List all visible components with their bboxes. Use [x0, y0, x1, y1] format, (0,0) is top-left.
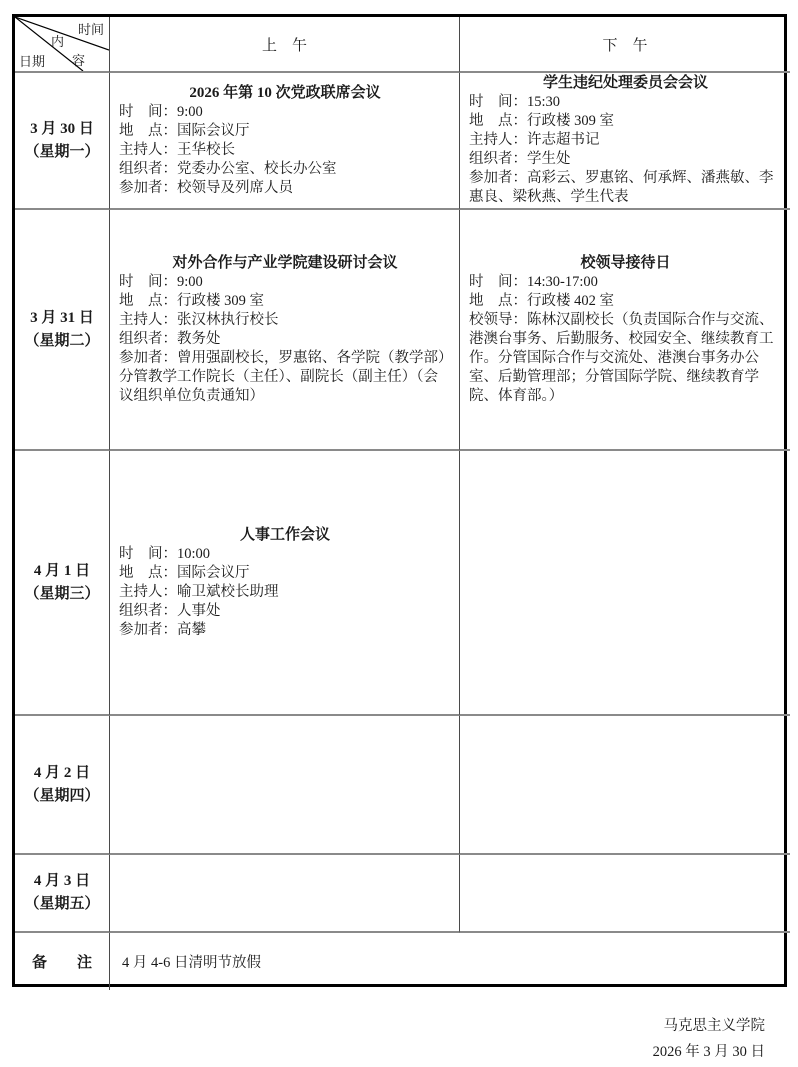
date-cell-mar30: 3 月 30 日 （星期一）	[15, 73, 110, 210]
meeting-line: 时 间：9:00	[119, 103, 451, 122]
corner-header-cell: 时间 内 容 日期	[15, 17, 110, 73]
date-cell-apr3: 4 月 3 日 （星期五）	[15, 855, 110, 933]
date-text: 3 月 30 日	[30, 118, 94, 141]
meeting-line: 参加者：高攀	[119, 621, 451, 640]
meeting-line: 地 点：国际会议厅	[119, 122, 451, 141]
meeting-line: 组织者：学生处	[469, 150, 782, 169]
meeting-line: 主持人：王华校长	[119, 141, 451, 160]
meeting-line: 地 点：行政楼 309 室	[119, 292, 451, 311]
date-cell-mar31: 3 月 31 日 （星期二）	[15, 210, 110, 451]
meeting-line: 参加者：高彩云、罗惠铭、何承辉、潘燕敏、李惠良、梁秋燕、学生代表	[469, 169, 782, 207]
meeting-schedule-page: 时间 内 容 日期 上 午 下 午 3 月 30 日 （星期一） 2026 年第…	[0, 0, 798, 1067]
weekday-text: （星期三）	[24, 583, 99, 606]
document-footer: 马克思主义学院 2026 年 3 月 30 日	[653, 1013, 765, 1065]
meeting-line: 地 点：行政楼 402 室	[469, 292, 782, 311]
meeting-cell-mar31-pm: 校领导接待日 时 间：14:30-17:00 地 点：行政楼 402 室 校领导…	[460, 210, 790, 451]
meeting-cell-apr2-pm	[460, 716, 790, 855]
meeting-cell-mar30-am: 2026 年第 10 次党政联席会议 时 间：9:00 地 点：国际会议厅 主持…	[110, 73, 460, 210]
date-text: 4 月 1 日	[34, 560, 90, 583]
meeting-cell-apr1-pm	[460, 451, 790, 716]
meeting-title: 2026 年第 10 次党政联席会议	[119, 84, 451, 103]
meeting-line: 地 点：行政楼 309 室	[469, 112, 782, 131]
meeting-line: 组织者：教务处	[119, 330, 451, 349]
footer-organization: 马克思主义学院	[653, 1013, 765, 1039]
weekday-text: （星期一）	[24, 141, 99, 164]
weekday-text: （星期四）	[24, 785, 99, 808]
meeting-line: 参加者：校领导及列席人员	[119, 179, 451, 198]
meeting-line: 主持人：喻卫斌校长助理	[119, 583, 451, 602]
meeting-line: 地 点：国际会议厅	[119, 564, 451, 583]
date-text: 4 月 3 日	[34, 870, 90, 893]
meeting-line: 主持人：许志超书记	[469, 131, 782, 150]
column-header-morning: 上 午	[110, 17, 460, 73]
footer-date: 2026 年 3 月 30 日	[653, 1039, 765, 1065]
corner-content-label-top: 内	[51, 31, 64, 50]
date-text: 4 月 2 日	[34, 762, 90, 785]
weekday-text: （星期二）	[24, 330, 99, 353]
meeting-line: 校领导：陈林汉副校长（负责国际合作与交流、港澳台事务、后勤服务、校园安全、继续教…	[469, 311, 782, 406]
meeting-cell-apr2-am	[110, 716, 460, 855]
meeting-line: 时 间：14:30-17:00	[469, 273, 782, 292]
meeting-cell-mar30-pm: 学生违纪处理委员会会议 时 间：15:30 地 点：行政楼 309 室 主持人：…	[460, 73, 790, 210]
corner-content-label-bottom: 容	[72, 50, 85, 69]
meeting-cell-apr3-am	[110, 855, 460, 933]
corner-time-label: 时间	[78, 19, 104, 38]
meeting-line: 时 间：15:30	[469, 93, 782, 112]
date-text: 3 月 31 日	[30, 307, 94, 330]
weekly-schedule-table: 时间 内 容 日期 上 午 下 午 3 月 30 日 （星期一） 2026 年第…	[12, 14, 787, 987]
meeting-line: 时 间：10:00	[119, 545, 451, 564]
weekday-text: （星期五）	[24, 893, 99, 916]
meeting-title: 校领导接待日	[469, 254, 782, 273]
remark-label: 备 注	[15, 933, 110, 990]
date-cell-apr2: 4 月 2 日 （星期四）	[15, 716, 110, 855]
meeting-cell-apr1-am: 人事工作会议 时 间：10:00 地 点：国际会议厅 主持人：喻卫斌校长助理 组…	[110, 451, 460, 716]
meeting-title: 人事工作会议	[119, 526, 451, 545]
meeting-title: 学生违纪处理委员会会议	[469, 74, 782, 93]
corner-date-label: 日期	[19, 51, 45, 70]
meeting-line: 时 间：9:00	[119, 273, 451, 292]
meeting-line: 参加者：曾用强副校长，罗惠铭、各学院（教学部）分管教学工作院长（主任）、副院长（…	[119, 349, 451, 406]
meeting-line: 组织者：党委办公室、校长办公室	[119, 160, 451, 179]
meeting-cell-mar31-am: 对外合作与产业学院建设研讨会议 时 间：9:00 地 点：行政楼 309 室 主…	[110, 210, 460, 451]
remark-content: 4 月 4-6 日清明节放假	[110, 933, 790, 990]
date-cell-apr1: 4 月 1 日 （星期三）	[15, 451, 110, 716]
column-header-afternoon: 下 午	[460, 17, 790, 73]
meeting-title: 对外合作与产业学院建设研讨会议	[119, 254, 451, 273]
meeting-line: 组织者：人事处	[119, 602, 451, 621]
meeting-line: 主持人：张汉林执行校长	[119, 311, 451, 330]
meeting-cell-apr3-pm	[460, 855, 790, 933]
